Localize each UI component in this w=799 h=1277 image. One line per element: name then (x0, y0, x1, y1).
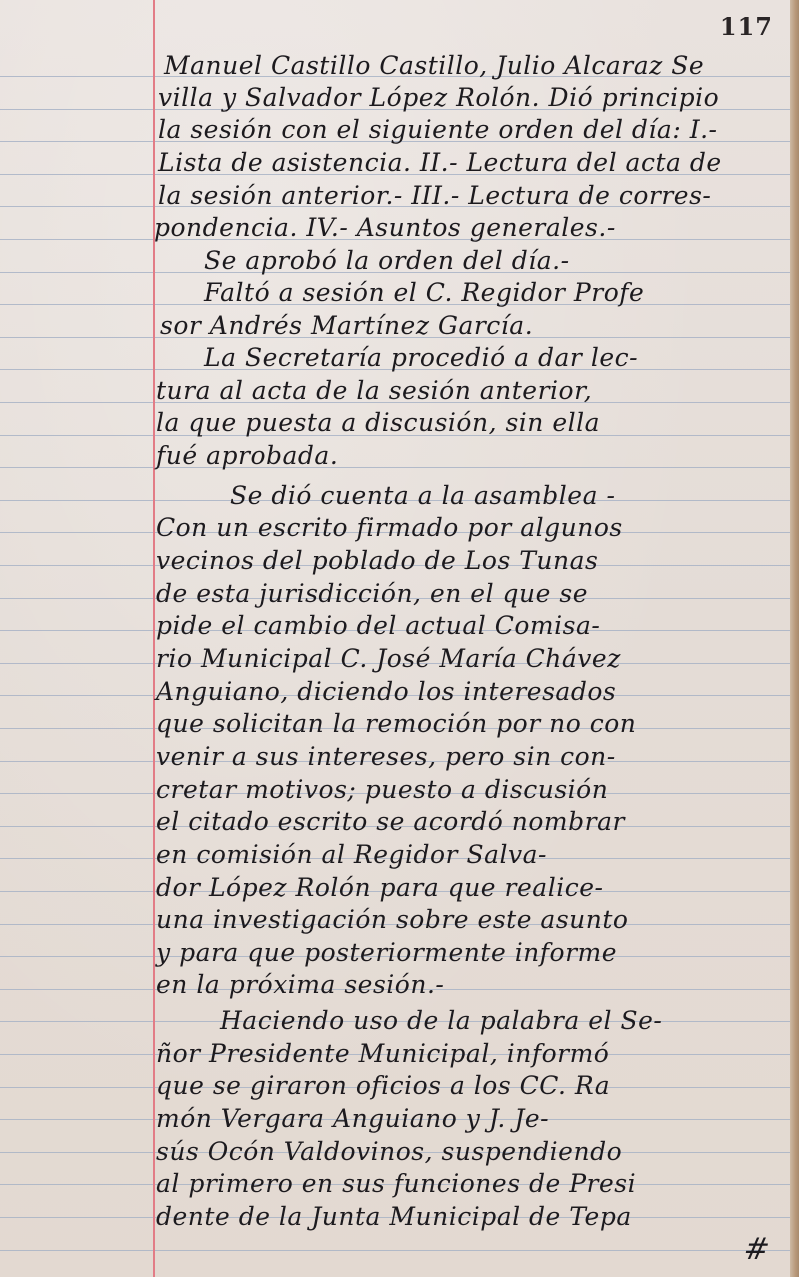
red-margin-line (153, 0, 155, 1277)
text-line: villa y Salvador López Rolón. Dió princi… (158, 82, 719, 114)
text-line: Lista de asistencia. II.- Lectura del ac… (158, 147, 722, 179)
text-line: món Vergara Anguiano y J. Je- (156, 1103, 549, 1135)
page-number: 117 (720, 12, 773, 41)
text-line: sor Andrés Martínez García. (160, 310, 533, 342)
page-edge (790, 0, 799, 1277)
text-line: Anguiano, diciendo los interesados (156, 676, 616, 708)
ledger-page: 117 Manuel Castillo Castillo, Julio Alca… (0, 0, 799, 1277)
text-line: Con un escrito firmado por algunos (156, 512, 623, 544)
text-line: sús Ocón Valdovinos, suspendiendo (156, 1136, 622, 1168)
text-line: dor López Rolón para que realice- (156, 872, 603, 904)
text-line: una investigación sobre este asunto (156, 904, 628, 936)
text-line: al primero en sus funciones de Presi (156, 1168, 636, 1200)
text-line: que se giraron oficios a los CC. Ra (156, 1070, 610, 1102)
text-line: tura al acta de la sesión anterior, (156, 375, 592, 407)
text-line: ñor Presidente Municipal, informó (156, 1038, 609, 1070)
text-line: Se dió cuenta a la asamblea - (230, 480, 615, 512)
text-line: fué aprobada. (156, 440, 338, 472)
text-line: el citado escrito se acordó nombrar (156, 806, 625, 838)
text-line: Faltó a sesión el C. Regidor Profe (204, 277, 644, 309)
text-line: la sesión con el siguiente orden del día… (158, 114, 717, 146)
rule-line (0, 467, 790, 468)
text-line: dente de la Junta Municipal de Tepa (156, 1201, 632, 1233)
text-line: y para que posteriormente informe (156, 937, 617, 969)
text-line: La Secretaría procedió a dar lec- (204, 342, 638, 374)
text-line: pide el cambio del actual Comisa- (156, 610, 600, 642)
text-line: venir a sus intereses, pero sin con- (156, 741, 616, 773)
text-line: la sesión anterior.- III.- Lectura de co… (158, 180, 711, 212)
text-line: cretar motivos; puesto a discusión (156, 774, 608, 806)
rule-line (0, 1250, 790, 1251)
text-line: pondencia. IV.- Asuntos generales.- (154, 212, 616, 244)
text-line: en la próxima sesión.- (156, 969, 444, 1001)
text-line: la que puesta a discusión, sin ella (156, 407, 600, 439)
text-line: Haciendo uso de la palabra el Se- (220, 1005, 662, 1037)
text-line: rio Municipal C. José María Chávez (156, 643, 621, 675)
text-line: Se aprobó la orden del día.- (204, 245, 570, 277)
text-line: vecinos del poblado de Los Tunas (156, 545, 598, 577)
text-line: en comisión al Regidor Salva- (156, 839, 547, 871)
text-line: que solicitan la remoción por no con (156, 708, 636, 740)
text-line: Manuel Castillo Castillo, Julio Alcaraz … (164, 50, 704, 82)
text-line: de esta jurisdicción, en el que se (156, 578, 588, 610)
